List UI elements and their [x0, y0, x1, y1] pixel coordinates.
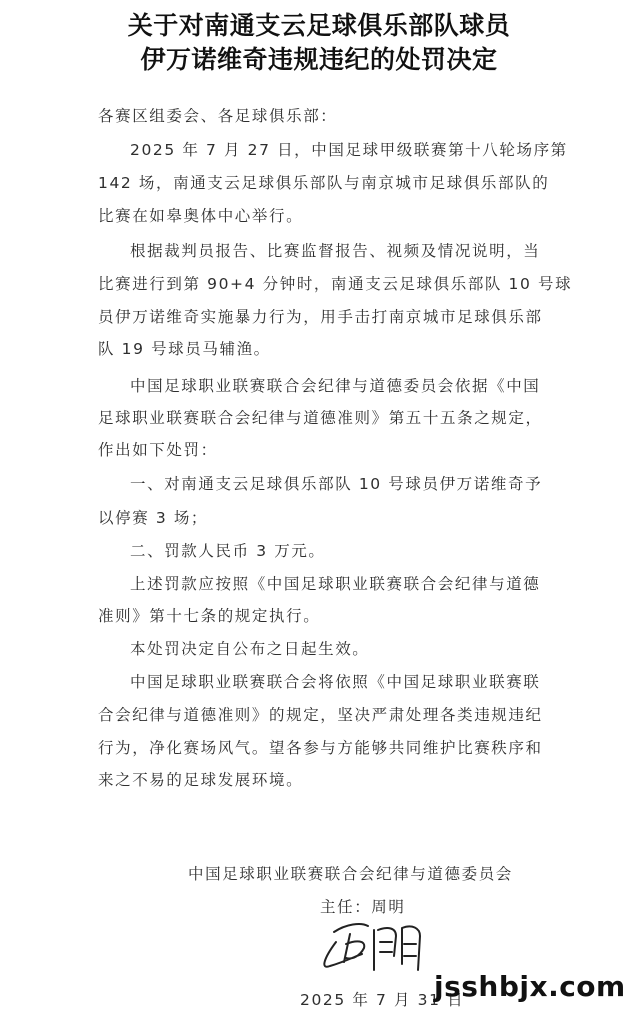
body-line: 队 19 号球员马辅渔。 — [98, 337, 271, 359]
body-line: 二、罚款人民币 3 万元。 — [130, 539, 326, 561]
body-line: 中国足球职业联赛联合会将依照《中国足球职业联赛联 — [130, 670, 540, 692]
body-line: 行为，净化赛场风气。望各参与方能够共同维护比赛秩序和 — [98, 736, 543, 758]
body-line: 根据裁判员报告、比赛监督报告、视频及情况说明，当 — [130, 239, 540, 261]
body-line: 一、对南通支云足球俱乐部队 10 号球员伊万诺维奇予 — [130, 472, 542, 494]
body-line: 准则》第十七条的规定执行。 — [98, 604, 320, 626]
document-title-line-2: 伊万诺维奇违规违纪的处罚决定 — [0, 40, 638, 76]
body-line: 来之不易的足球发展环境。 — [98, 768, 303, 790]
body-line: 足球职业联赛联合会纪律与道德准则》第五十五条之规定， — [98, 406, 543, 428]
body-line: 员伊万诺维奇实施暴力行为，用手击打南京城市足球俱乐部 — [98, 305, 543, 327]
body-line: 中国足球职业联赛联合会纪律与道德委员会依据《中国 — [130, 374, 540, 396]
body-line: 比赛在如皋奥体中心举行。 — [98, 204, 303, 226]
director-name: 主任：周明 — [320, 895, 406, 917]
document-body: 2025 年 7 月 27 日，中国足球甲级联赛第十八轮场序第 142 场，南通… — [98, 138, 550, 778]
body-line: 作出如下处罚： — [98, 438, 218, 460]
site-watermark: jsshbjx.com — [434, 970, 626, 1003]
document-page: 关于对南通支云足球俱乐部队球员 伊万诺维奇违规违纪的处罚决定 各赛区组委会、各足… — [0, 0, 638, 1024]
body-line: 142 场，南通支云足球俱乐部队与南京城市足球俱乐部队的 — [98, 171, 549, 193]
body-line: 2025 年 7 月 27 日，中国足球甲级联赛第十八轮场序第 — [130, 138, 568, 160]
body-line: 上述罚款应按照《中国足球职业联赛联合会纪律与道德 — [130, 572, 540, 594]
body-line: 比赛进行到第 90+4 分钟时，南通支云足球俱乐部队 10 号球 — [98, 272, 572, 294]
body-line: 合会纪律与道德准则》的规定，坚决严肃处理各类违规违纪 — [98, 703, 543, 725]
body-line: 本处罚决定自公布之日起生效。 — [130, 637, 369, 659]
handwritten-signature — [316, 918, 436, 978]
body-line: 以停赛 3 场； — [98, 506, 208, 528]
document-title-line-1: 关于对南通支云足球俱乐部队球员 — [0, 6, 638, 42]
issuing-organization: 中国足球职业联赛联合会纪律与道德委员会 — [188, 862, 513, 884]
salutation: 各赛区组委会、各足球俱乐部： — [98, 104, 550, 126]
